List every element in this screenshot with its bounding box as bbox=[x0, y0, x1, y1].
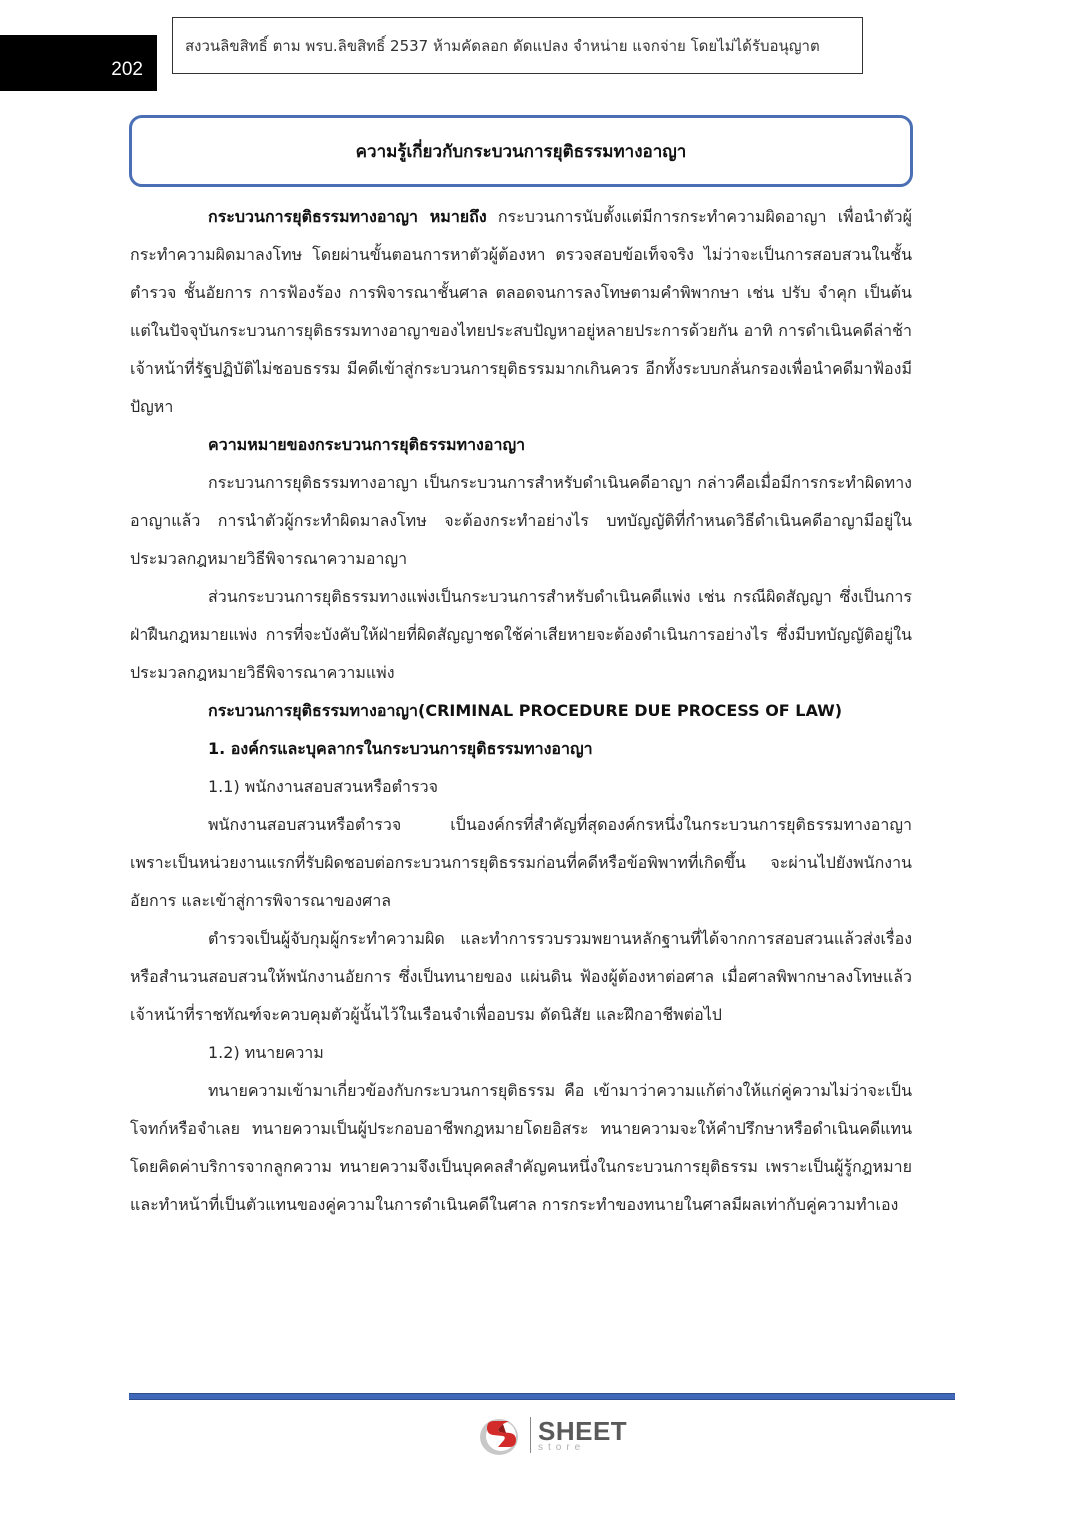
section-1-2-heading: 1.2) ทนายความ bbox=[130, 1034, 912, 1072]
page-number: 202 bbox=[111, 59, 143, 81]
copyright-notice: สงวนลิขสิทธิ์ ตาม พรบ.ลิขสิทธิ์ 2537 ห้า… bbox=[185, 34, 820, 58]
section-1-2-paragraph-1: ทนายความเข้ามาเกี่ยวข้องกับกระบวนการยุติ… bbox=[130, 1072, 912, 1224]
intro-paragraph: กระบวนการยุติธรรมทางอาญา หมายถึง กระบวนก… bbox=[130, 198, 912, 426]
copyright-header: สงวนลิขสิทธิ์ ตาม พรบ.ลิขสิทธิ์ 2537 ห้า… bbox=[172, 17, 863, 74]
sheet-store-s-logo-icon bbox=[478, 1412, 524, 1458]
meaning-paragraph-1: กระบวนการยุติธรรมทางอาญา เป็นกระบวนการสำ… bbox=[130, 464, 912, 578]
page-title: ความรู้เกี่ยวกับกระบวนการยุติธรรมทางอาญา bbox=[356, 138, 687, 165]
logo-wordmark: SHEET store bbox=[538, 1418, 627, 1453]
section-1-1-paragraph-2: ตำรวจเป็นผู้จับกุมผู้กระทำความผิด และทำก… bbox=[130, 920, 912, 1034]
intro-term: กระบวนการยุติธรรมทางอาญา หมายถึง bbox=[208, 207, 487, 226]
section-title-box: ความรู้เกี่ยวกับกระบวนการยุติธรรมทางอาญา bbox=[129, 115, 913, 187]
sheet-store-logo: SHEET store bbox=[478, 1412, 627, 1458]
intro-text: กระบวนการนับตั้งแต่มีการกระทำความผิดอาญา… bbox=[130, 207, 912, 416]
section-1-heading: 1. องค์กรและบุคลากรในกระบวนการยุติธรรมทา… bbox=[130, 730, 912, 768]
meaning-heading: ความหมายของกระบวนการยุติธรรมทางอาญา bbox=[130, 426, 912, 464]
process-heading: กระบวนการยุติธรรมทางอาญา(CRIMINAL PROCED… bbox=[130, 692, 912, 730]
document-body: กระบวนการยุติธรรมทางอาญา หมายถึง กระบวนก… bbox=[130, 198, 912, 1224]
section-1-1-heading: 1.1) พนักงานสอบสวนหรือตำรวจ bbox=[130, 768, 912, 806]
logo-sub-text: store bbox=[538, 1443, 627, 1453]
footer-divider bbox=[129, 1393, 955, 1400]
section-1-1-paragraph-1: พนักงานสอบสวนหรือตำรวจ เป็นองค์กรที่สำคั… bbox=[130, 806, 912, 920]
meaning-paragraph-2: ส่วนกระบวนการยุติธรรมทางแพ่งเป็นกระบวนกา… bbox=[130, 578, 912, 692]
logo-divider bbox=[530, 1417, 531, 1453]
logo-main-text: SHEET bbox=[538, 1418, 627, 1444]
page-number-badge: 202 bbox=[0, 35, 157, 91]
